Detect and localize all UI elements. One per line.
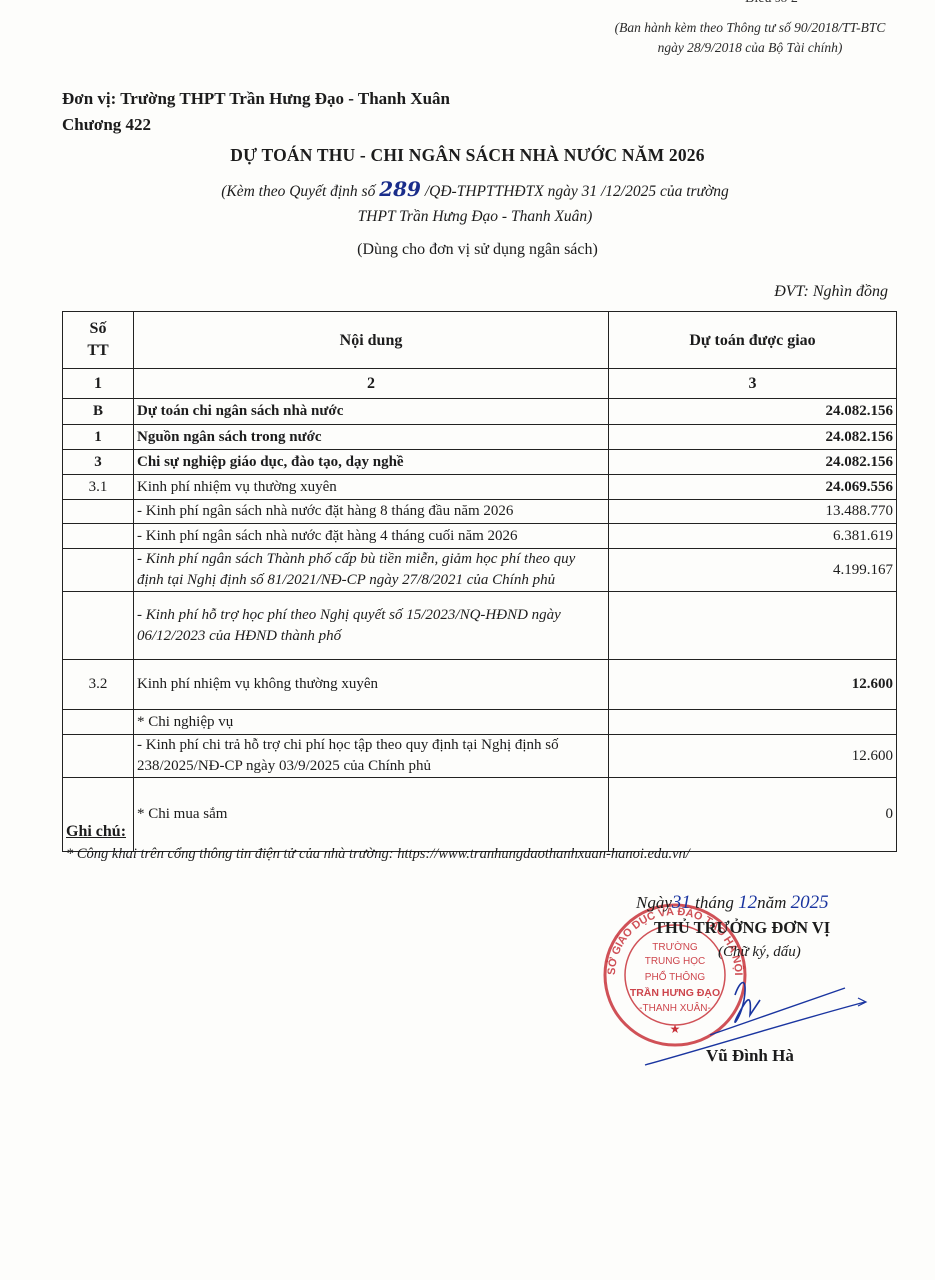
row-value (609, 592, 897, 660)
row-value: 24.069.556 (609, 475, 897, 500)
form-number: Biểu số 2 (745, 0, 798, 7)
date-day: 31 (672, 892, 691, 913)
row-value: 24.082.156 (609, 425, 897, 450)
column-number-2: 2 (134, 369, 609, 399)
date-year: 2025 (791, 892, 829, 913)
row-stt: B (63, 399, 134, 425)
row-stt (63, 500, 134, 524)
subtitle-line2: THPT Trần Hưng Đạo - Thanh Xuân) (358, 208, 593, 225)
row-content: Chi sự nghiệp giáo dục, đào tạo, dạy ngh… (134, 450, 609, 475)
row-stt: 3.1 (63, 475, 134, 500)
row-content: Kinh phí nhiệm vụ thường xuyên (134, 475, 609, 500)
subtitle-suffix: /QĐ-THPTTHĐTX ngày 31 /12/2025 của trườn… (421, 183, 729, 200)
row-content: * Chi mua sắm (134, 778, 609, 852)
row-stt (63, 710, 134, 735)
row-content: - Kinh phí ngân sách nhà nước đặt hàng 4… (134, 524, 609, 549)
row-value: 12.600 (609, 660, 897, 710)
column-number-1: 1 (63, 369, 134, 399)
row-content: Kinh phí nhiệm vụ không thường xuyên (134, 660, 609, 710)
row-stt (63, 549, 134, 592)
row-content: - Kinh phí ngân sách nhà nước đặt hàng 8… (134, 500, 609, 524)
table-row: 3Chi sự nghiệp giáo dục, đào tạo, dạy ng… (63, 450, 897, 475)
row-content: Dự toán chi ngân sách nhà nước (134, 399, 609, 425)
notes-label: Ghi chú: (66, 823, 126, 841)
row-content: - Kinh phí ngân sách Thành phố cấp bù ti… (134, 549, 609, 592)
chapter-line: Chương 422 (62, 112, 450, 138)
row-value: 24.082.156 (609, 450, 897, 475)
table-row: * Chi nghiệp vụ (63, 710, 897, 735)
table-row: - Kinh phí ngân sách nhà nước đặt hàng 8… (63, 500, 897, 524)
table-row: 1Nguồn ngân sách trong nước24.082.156 (63, 425, 897, 450)
unit-line: Đơn vị: Trường THPT Trần Hưng Đạo - Than… (62, 86, 450, 112)
signature-date: Ngày31 tháng 12năm 2025 (636, 892, 829, 914)
row-stt (63, 592, 134, 660)
table-row: - Kinh phí hỗ trợ học phí theo Nghị quyế… (63, 592, 897, 660)
svg-text:TRƯỜNG: TRƯỜNG (652, 940, 698, 953)
table-row: - Kinh phí ngân sách nhà nước đặt hàng 4… (63, 524, 897, 549)
signature-note: (Chữ ký, dấu) (718, 944, 801, 961)
signer-name: Vũ Đình Hà (706, 1046, 794, 1066)
row-stt: 3.2 (63, 660, 134, 710)
row-content: * Chi nghiệp vụ (134, 710, 609, 735)
usage-note: (Dùng cho đơn vị sử dụng ngân sách) (0, 241, 935, 259)
table-row: 3.2Kinh phí nhiệm vụ không thường xuyên1… (63, 660, 897, 710)
row-value (609, 710, 897, 735)
row-content: - Kinh phí chi trả hỗ trợ chi phí học tậ… (134, 735, 609, 778)
row-stt: 1 (63, 425, 134, 450)
decision-number: 289 (379, 177, 421, 201)
row-content: - Kinh phí hỗ trợ học phí theo Nghị quyế… (134, 592, 609, 660)
subtitle-prefix: (Kèm theo Quyết định số (221, 183, 379, 200)
row-value: 13.488.770 (609, 500, 897, 524)
row-value: 24.082.156 (609, 399, 897, 425)
header-stt: Số TT (63, 312, 134, 369)
table-header-row: Số TT Nội dung Dự toán được giao (63, 312, 897, 369)
column-number-3: 3 (609, 369, 897, 399)
table-row: - Kinh phí chi trả hỗ trợ chi phí học tậ… (63, 735, 897, 778)
header-content: Nội dung (134, 312, 609, 369)
row-stt (63, 524, 134, 549)
table-row: * Chi mua sắm0 (63, 778, 897, 852)
row-value: 6.381.619 (609, 524, 897, 549)
unit-of-measure: ĐVT: Nghìn đồng (700, 283, 888, 301)
row-value: 4.199.167 (609, 549, 897, 592)
table-row: BDự toán chi ngân sách nhà nước24.082.15… (63, 399, 897, 425)
row-stt (63, 735, 134, 778)
issued-with-note: (Ban hành kèm theo Thông tư số 90/2018/T… (600, 18, 900, 58)
row-value: 0 (609, 778, 897, 852)
signer-title: THỦ TRƯỞNG ĐƠN VỊ (654, 918, 830, 938)
notes-text: * Công khai trên cổng thông tin điện tử … (66, 846, 690, 863)
date-month: 12 (738, 892, 757, 913)
table-row: 3.1Kinh phí nhiệm vụ thường xuyên24.069.… (63, 475, 897, 500)
table-row: - Kinh phí ngân sách Thành phố cấp bù ti… (63, 549, 897, 592)
row-content: Nguồn ngân sách trong nước (134, 425, 609, 450)
subtitle: (Kèm theo Quyết định số 289 /QĐ-THPTTHĐT… (150, 177, 800, 229)
budget-table: Số TT Nội dung Dự toán được giao 1 2 3 B… (62, 311, 897, 852)
row-stt: 3 (63, 450, 134, 475)
column-number-row: 1 2 3 (63, 369, 897, 399)
page-title: DỰ TOÁN THU - CHI NGÂN SÁCH NHÀ NƯỚC NĂM… (0, 145, 935, 166)
unit-block: Đơn vị: Trường THPT Trần Hưng Đạo - Than… (62, 86, 450, 138)
header-value: Dự toán được giao (609, 312, 897, 369)
row-value: 12.600 (609, 735, 897, 778)
